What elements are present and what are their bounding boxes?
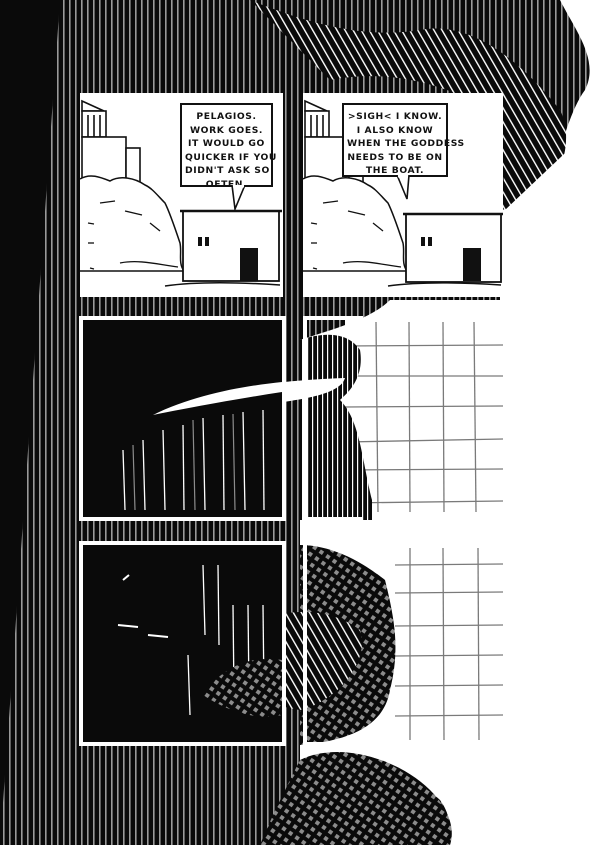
panel-5	[79, 541, 286, 746]
panel-3	[79, 316, 286, 521]
bubble-line: when the goddess	[347, 137, 443, 151]
panel-4-bottom-edge	[303, 517, 347, 521]
bubble-line: I also know	[347, 124, 443, 138]
bubble-line: It would go	[185, 137, 268, 151]
bubble-line: Work goes.	[185, 124, 268, 138]
speech-bubble: >Sigh< I know. I also know when the godd…	[342, 103, 448, 177]
bubble-tail	[395, 175, 417, 201]
dark-figure-art	[83, 320, 282, 517]
panel-2: >Sigh< I know. I also know when the godd…	[303, 93, 503, 297]
bubble-line: often.	[185, 178, 268, 192]
speech-bubble: Pelagios. Work goes. It would go quicker…	[180, 103, 273, 187]
bubble-line: didn't ask so	[185, 164, 268, 178]
panel-4	[303, 316, 363, 521]
bubble-line: quicker if you	[185, 151, 268, 165]
bubble-tail	[230, 185, 250, 211]
dark-figure-art	[83, 545, 282, 742]
panel-6	[303, 541, 403, 746]
bubble-line: Pelagios.	[185, 110, 268, 124]
panel-1: Pelagios. Work goes. It would go quicker…	[80, 93, 283, 297]
bubble-line: needs to be on	[347, 151, 443, 165]
bubble-line: >Sigh< I know.	[347, 110, 443, 124]
panel-4-top-edge	[303, 316, 347, 320]
